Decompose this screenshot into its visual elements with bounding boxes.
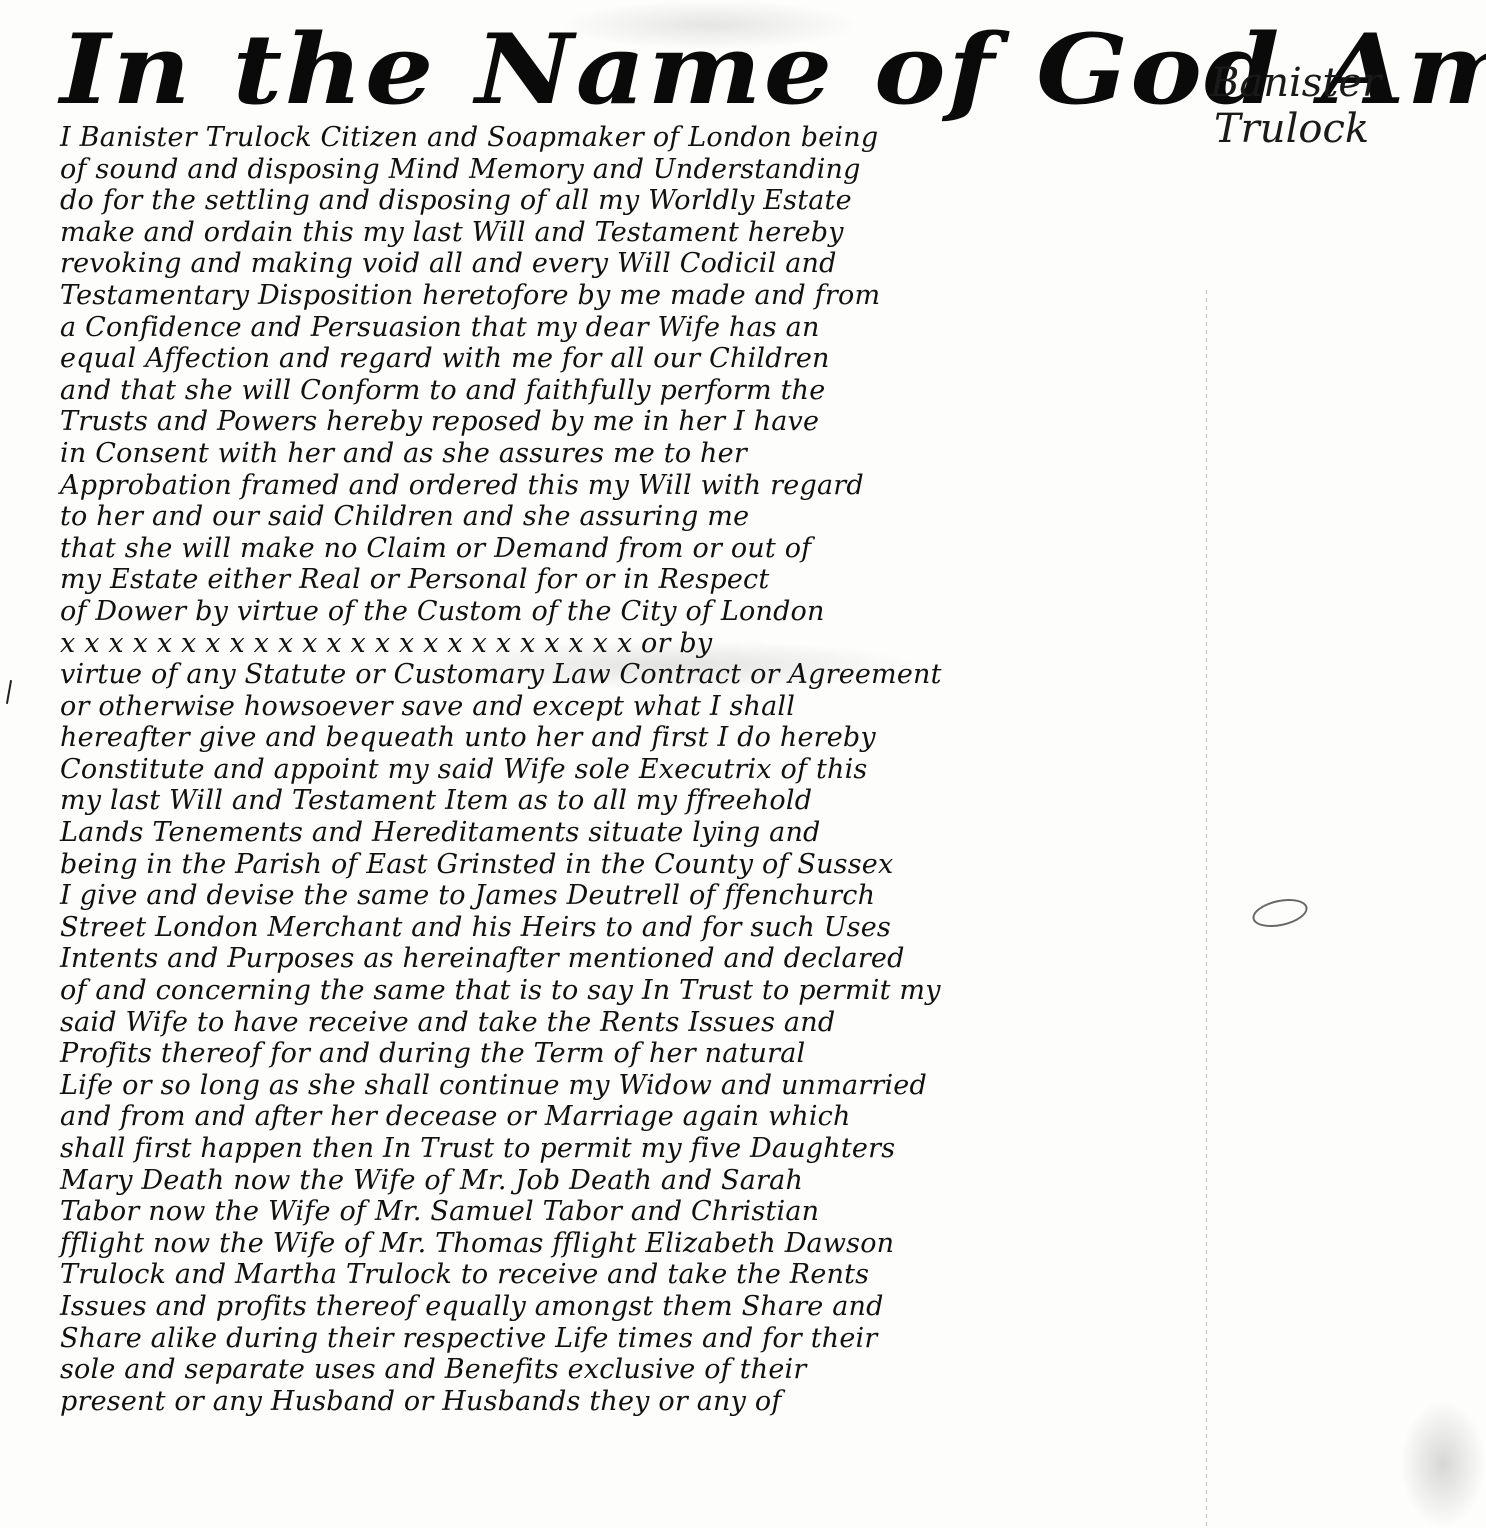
text-line: Lands Tenements and Hereditaments situat… [60, 817, 1210, 849]
text-line: present or any Husband or Husbands they … [60, 1386, 1210, 1418]
text-line: in Consent with her and as she assures m… [60, 438, 1210, 470]
text-line: shall first happen then In Trust to perm… [60, 1133, 1210, 1165]
text-line: virtue of any Statute or Customary Law C… [60, 659, 1290, 691]
text-line: revoking and making void all and every W… [60, 248, 1210, 280]
margin-tick-mark [6, 680, 12, 704]
text-line: being in the Parish of East Grinsted in … [60, 849, 1210, 881]
text-line: of Dower by virtue of the Custom of the … [60, 596, 1210, 628]
margin-note-surname: Trulock [1210, 106, 1381, 152]
text-line: I give and devise the same to James Deut… [60, 880, 1210, 912]
text-line: of and concerning the same that is to sa… [60, 975, 1210, 1007]
filler-line: x x x x x x x x x x x x x x x x x x x x … [60, 628, 1210, 660]
text-line: Tabor now the Wife of Mr. Samuel Tabor a… [60, 1196, 1210, 1228]
text-line: that she will make no Claim or Demand fr… [60, 533, 1210, 565]
text-line: or otherwise howsoever save and except w… [60, 691, 1210, 723]
text-line: Trulock and Martha Trulock to receive an… [60, 1259, 1210, 1291]
margin-note-forename: Banister [1210, 60, 1381, 106]
text-line: hereafter give and bequeath unto her and… [60, 722, 1210, 754]
text-line: Profits thereof for and during the Term … [60, 1038, 1210, 1070]
text-line: fflight now the Wife of Mr. Thomas fflig… [60, 1228, 1210, 1260]
will-body-text: I Banister Trulock Citizen and Soapmaker… [60, 122, 1210, 1417]
text-line: Trusts and Powers hereby reposed by me i… [60, 406, 1210, 438]
text-line: Mary Death now the Wife of Mr. Job Death… [60, 1165, 1210, 1197]
document-page: In the Name of God Amen Banister Trulock… [0, 0, 1486, 1528]
text-line: Life or so long as she shall continue my… [60, 1070, 1210, 1102]
text-line: make and ordain this my last Will and Te… [60, 217, 1210, 249]
text-line: I Banister Trulock Citizen and Soapmaker… [60, 122, 1210, 154]
text-line: Approbation framed and ordered this my W… [60, 470, 1210, 502]
text-line: to her and our said Children and she ass… [60, 501, 1210, 533]
text-line: said Wife to have receive and take the R… [60, 1007, 1210, 1039]
text-line: and from and after her decease or Marria… [60, 1101, 1210, 1133]
text-line: my Estate either Real or Personal for or… [60, 564, 1210, 596]
text-line: Issues and profits thereof equally among… [60, 1291, 1210, 1323]
text-line: Share alike during their respective Life… [60, 1323, 1210, 1355]
text-line: of sound and disposing Mind Memory and U… [60, 154, 1210, 186]
text-line: sole and separate uses and Benefits excl… [60, 1354, 1210, 1386]
text-line: a Confidence and Persuasion that my dear… [60, 312, 1210, 344]
text-line: equal Affection and regard with me for a… [60, 343, 1210, 375]
text-line: Testamentary Disposition heretofore by m… [60, 280, 1210, 312]
margin-note: Banister Trulock [1210, 60, 1381, 152]
scan-smudge [1400, 1400, 1486, 1528]
text-line: Intents and Purposes as hereinafter ment… [60, 943, 1210, 975]
text-line: and that she will Conform to and faithfu… [60, 375, 1210, 407]
text-line: my last Will and Testament Item as to al… [60, 785, 1210, 817]
text-line: do for the settling and disposing of all… [60, 185, 1210, 217]
text-line: Street London Merchant and his Heirs to … [60, 912, 1210, 944]
text-line: Constitute and appoint my said Wife sole… [60, 754, 1210, 786]
ink-blot-icon [1250, 894, 1310, 931]
